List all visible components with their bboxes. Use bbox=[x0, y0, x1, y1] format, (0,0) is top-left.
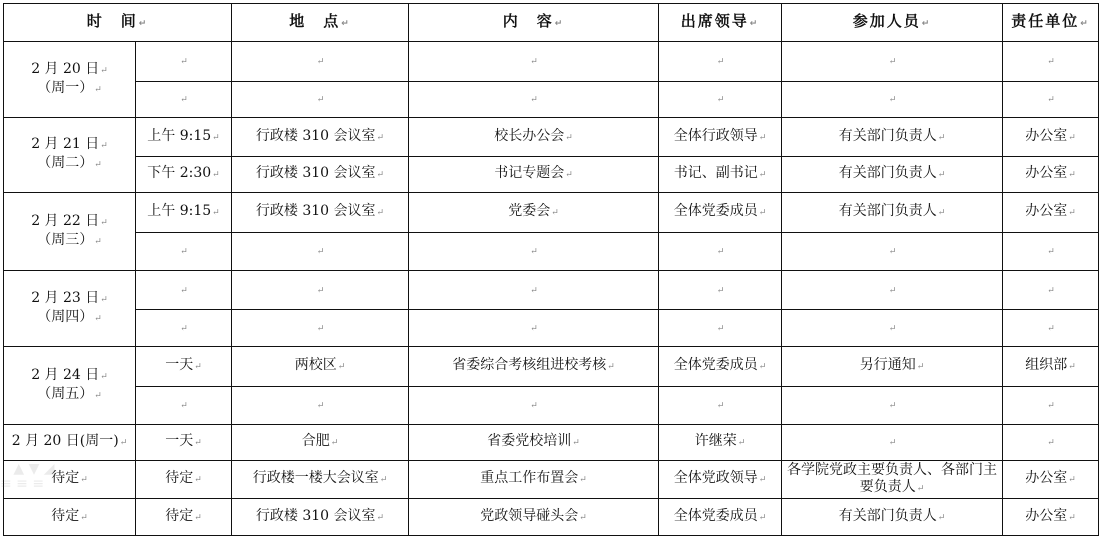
header-leader: 出席领导↵ bbox=[659, 4, 782, 42]
date-cell[interactable]: 待定↵ bbox=[4, 461, 136, 499]
paragraph-mark-icon: ↵ bbox=[194, 438, 202, 448]
leader-cell[interactable]: 全体党委成员↵ bbox=[659, 499, 782, 536]
content-cell-text: 重点工作布置会 bbox=[480, 470, 578, 486]
header-unit: 责任单位↵ bbox=[1003, 4, 1099, 42]
paragraph-mark-icon: ↵ bbox=[317, 401, 325, 411]
date-cell[interactable]: 待定↵ bbox=[4, 499, 136, 536]
paragraph-mark-icon: ↵ bbox=[331, 438, 339, 448]
paragraph-mark-icon: ↵ bbox=[938, 133, 946, 143]
paragraph-mark-icon: ↵ bbox=[565, 170, 573, 180]
paragraph-mark-icon: ↵ bbox=[194, 513, 202, 523]
attendees-cell-text: 有关部门负责人 bbox=[839, 203, 937, 219]
unit-cell-text: 办公室 bbox=[1025, 470, 1067, 486]
date-cell[interactable]: 2 月 24 日↵（周五）↵ bbox=[4, 347, 136, 425]
time-cell[interactable]: ↵ bbox=[136, 310, 232, 347]
attendees-cell[interactable]: ↵ bbox=[782, 310, 1003, 347]
date-cell[interactable]: 2 月 23 日↵（周四）↵ bbox=[4, 271, 136, 347]
schedule-row: 2 月 24 日↵（周五）↵一天↵两校区↵省委综合考核组进校考核↵全体党委成员↵… bbox=[4, 347, 1099, 387]
paragraph-mark-icon: ↵ bbox=[194, 362, 202, 372]
paragraph-mark-icon: ↵ bbox=[938, 513, 946, 523]
paragraph-mark-icon: ↵ bbox=[530, 95, 538, 105]
leader-cell[interactable]: 全体行政领导↵ bbox=[659, 118, 782, 157]
attendees-cell-text: 各学院党政主要负责人、各部门主要负责人 bbox=[787, 462, 997, 495]
leader-cell[interactable]: 全体党委成员↵ bbox=[659, 347, 782, 387]
weekday-text: （周五）↵ bbox=[4, 386, 135, 405]
paragraph-mark-icon: ↵ bbox=[180, 247, 188, 257]
date-text: 2 月 21 日↵ bbox=[4, 136, 135, 155]
paragraph-mark-icon: ↵ bbox=[889, 95, 897, 105]
schedule-row: 2 月 20 日(周一)↵一天↵合肥↵省委党校培训↵许继荣↵↵↵ bbox=[4, 425, 1099, 461]
location-cell-text: 行政楼 310 会议室 bbox=[256, 508, 376, 524]
location-cell[interactable]: ↵ bbox=[232, 82, 409, 118]
schedule-row: 2 月 23 日↵（周四）↵↵↵↵↵↵↵ bbox=[4, 271, 1099, 310]
leader-cell[interactable]: ↵ bbox=[659, 82, 782, 118]
paragraph-mark-icon: ↵ bbox=[1068, 208, 1076, 218]
date-cell[interactable]: 2 月 21 日↵（周二）↵ bbox=[4, 118, 136, 193]
paragraph-mark-icon: ↵ bbox=[717, 247, 725, 257]
location-cell[interactable]: ↵ bbox=[232, 271, 409, 310]
paragraph-mark-icon: ↵ bbox=[889, 286, 897, 296]
leader-cell-text: 全体行政领导 bbox=[674, 128, 758, 144]
paragraph-mark-icon: ↵ bbox=[565, 133, 573, 143]
paragraph-mark-icon: ↵ bbox=[579, 513, 587, 523]
attendees-cell-text: 有关部门负责人 bbox=[839, 128, 937, 144]
paragraph-mark-icon: ↵ bbox=[717, 57, 725, 67]
paragraph-mark-icon: ↵ bbox=[889, 438, 897, 448]
time-cell-text: 待定 bbox=[165, 470, 193, 486]
paragraph-mark-icon: ↵ bbox=[120, 438, 128, 448]
time-cell[interactable]: ↵ bbox=[136, 271, 232, 310]
paragraph-mark-icon: ↵ bbox=[759, 133, 767, 143]
paragraph-mark-icon: ↵ bbox=[938, 170, 946, 180]
time-cell[interactable]: 一天↵ bbox=[136, 425, 232, 461]
unit-cell[interactable]: ↵ bbox=[1003, 82, 1099, 118]
unit-cell[interactable]: 组织部↵ bbox=[1003, 347, 1099, 387]
content-cell[interactable]: 书记专题会↵ bbox=[409, 157, 659, 193]
paragraph-mark-icon: ↵ bbox=[607, 362, 615, 372]
paragraph-mark-icon: ↵ bbox=[759, 513, 767, 523]
attendees-cell[interactable]: 有关部门负责人↵ bbox=[782, 193, 1003, 233]
paragraph-mark-icon: ↵ bbox=[572, 438, 580, 448]
paragraph-mark-icon: ↵ bbox=[180, 95, 188, 105]
attendees-cell-text: 另行通知 bbox=[860, 357, 916, 373]
attendees-cell[interactable]: ↵ bbox=[782, 42, 1003, 82]
weekday-text: （周四）↵ bbox=[4, 309, 135, 328]
schedule-row: 待定↵待定↵行政楼一楼大会议室↵重点工作布置会↵全体党政领导↵各学院党政主要负责… bbox=[4, 461, 1099, 499]
paragraph-mark-icon: ↵ bbox=[1047, 286, 1055, 296]
attendees-cell[interactable]: 各学院党政主要负责人、各部门主要负责人↵ bbox=[782, 461, 1003, 499]
content-cell-text: 省委党校培训 bbox=[487, 433, 571, 449]
attendees-cell-text: 有关部门负责人 bbox=[839, 508, 937, 524]
content-cell[interactable]: ↵ bbox=[409, 387, 659, 425]
location-cell-text: 合肥 bbox=[302, 433, 330, 449]
unit-cell[interactable]: 办公室↵ bbox=[1003, 118, 1099, 157]
unit-cell[interactable]: ↵ bbox=[1003, 310, 1099, 347]
header-attendees: 参加人员↵ bbox=[782, 4, 1003, 42]
location-cell[interactable]: 行政楼 310 会议室↵ bbox=[232, 157, 409, 193]
attendees-cell[interactable]: 有关部门负责人↵ bbox=[782, 499, 1003, 536]
paragraph-mark-icon: ↵ bbox=[1047, 247, 1055, 257]
time-cell[interactable]: ↵ bbox=[136, 42, 232, 82]
leader-cell[interactable]: 全体党委成员↵ bbox=[659, 193, 782, 233]
paragraph-mark-icon: ↵ bbox=[530, 324, 538, 334]
paragraph-mark-icon: ↵ bbox=[717, 401, 725, 411]
unit-cell[interactable]: 办公室↵ bbox=[1003, 499, 1099, 536]
paragraph-mark-icon: ↵ bbox=[194, 475, 202, 485]
paragraph-mark-icon: ↵ bbox=[759, 208, 767, 218]
content-cell[interactable]: 省委综合考核组进校考核↵ bbox=[409, 347, 659, 387]
date-cell-text: 待定 bbox=[51, 508, 79, 524]
paragraph-mark-icon: ↵ bbox=[889, 247, 897, 257]
paragraph-mark-icon: ↵ bbox=[759, 475, 767, 485]
content-cell-text: 书记专题会 bbox=[494, 165, 564, 181]
content-cell[interactable]: 省委党校培训↵ bbox=[409, 425, 659, 461]
location-cell[interactable]: ↵ bbox=[232, 310, 409, 347]
location-cell-text: 行政楼 310 会议室 bbox=[256, 203, 376, 219]
content-cell[interactable]: ↵ bbox=[409, 233, 659, 271]
leader-cell[interactable]: 书记、副书记↵ bbox=[659, 157, 782, 193]
time-cell[interactable]: 上午 9:15↵ bbox=[136, 118, 232, 157]
date-text: 2 月 20 日↵ bbox=[4, 61, 135, 80]
paragraph-mark-icon: ↵ bbox=[717, 95, 725, 105]
location-cell-text: 行政楼一楼大会议室 bbox=[253, 470, 379, 486]
paragraph-mark-icon: ↵ bbox=[717, 286, 725, 296]
schedule-row: ↵↵↵↵↵↵ bbox=[4, 387, 1099, 425]
paragraph-mark-icon: ↵ bbox=[317, 95, 325, 105]
paragraph-mark-icon: ↵ bbox=[1068, 475, 1076, 485]
schedule-row: 下午 2:30↵行政楼 310 会议室↵书记专题会↵书记、副书记↵有关部门负责人… bbox=[4, 157, 1099, 193]
paragraph-mark-icon: ↵ bbox=[180, 286, 188, 296]
date-cell-text: 待定 bbox=[51, 470, 79, 486]
paragraph-mark-icon: ↵ bbox=[889, 57, 897, 67]
time-cell[interactable]: 一天↵ bbox=[136, 347, 232, 387]
schedule-row: 待定↵待定↵行政楼 310 会议室↵党政领导碰头会↵全体党委成员↵有关部门负责人… bbox=[4, 499, 1099, 536]
paragraph-mark-icon: ↵ bbox=[917, 362, 925, 372]
header-time: 时 间↵ bbox=[4, 4, 232, 42]
schedule-row: 2 月 21 日↵（周二）↵上午 9:15↵行政楼 310 会议室↵校长办公会↵… bbox=[4, 118, 1099, 157]
content-cell-text: 党委会 bbox=[508, 203, 550, 219]
paragraph-mark-icon: ↵ bbox=[80, 475, 88, 485]
time-cell[interactable]: 待定↵ bbox=[136, 461, 232, 499]
location-cell[interactable]: 行政楼一楼大会议室↵ bbox=[232, 461, 409, 499]
attendees-cell[interactable]: ↵ bbox=[782, 233, 1003, 271]
leader-cell[interactable]: 全体党政领导↵ bbox=[659, 461, 782, 499]
leader-cell[interactable]: ↵ bbox=[659, 42, 782, 82]
unit-cell-text: 办公室 bbox=[1025, 203, 1067, 219]
paragraph-mark-icon: ↵ bbox=[212, 133, 220, 143]
unit-cell[interactable]: 办公室↵ bbox=[1003, 157, 1099, 193]
unit-cell-text: 办公室 bbox=[1025, 508, 1067, 524]
weekday-text: （周一）↵ bbox=[4, 80, 135, 99]
paragraph-mark-icon: ↵ bbox=[889, 324, 897, 334]
schedule-row: 2 月 20 日↵（周一）↵↵↵↵↵↵↵ bbox=[4, 42, 1099, 82]
paragraph-mark-icon: ↵ bbox=[1047, 401, 1055, 411]
content-cell[interactable]: 党委会↵ bbox=[409, 193, 659, 233]
paragraph-mark-icon: ↵ bbox=[1047, 95, 1055, 105]
time-cell[interactable]: ↵ bbox=[136, 82, 232, 118]
paragraph-mark-icon: ↵ bbox=[180, 401, 188, 411]
weekday-text: （周二）↵ bbox=[4, 155, 135, 174]
time-cell-text: 一天 bbox=[165, 357, 193, 373]
location-cell[interactable]: 行政楼 310 会议室↵ bbox=[232, 193, 409, 233]
content-cell[interactable]: ↵ bbox=[409, 82, 659, 118]
paragraph-mark-icon: ↵ bbox=[579, 475, 587, 485]
location-cell[interactable]: 行政楼 310 会议室↵ bbox=[232, 118, 409, 157]
location-cell-text: 行政楼 310 会议室 bbox=[256, 165, 376, 181]
attendees-cell-text: 有关部门负责人 bbox=[839, 165, 937, 181]
paragraph-mark-icon: ↵ bbox=[1068, 362, 1076, 372]
attendees-cell[interactable]: ↵ bbox=[782, 387, 1003, 425]
paragraph-mark-icon: ↵ bbox=[530, 57, 538, 67]
leader-cell[interactable]: ↵ bbox=[659, 387, 782, 425]
content-cell-text: 党政领导碰头会 bbox=[480, 508, 578, 524]
unit-cell-text: 组织部 bbox=[1025, 357, 1067, 373]
attendees-cell[interactable]: 有关部门负责人↵ bbox=[782, 157, 1003, 193]
paragraph-mark-icon: ↵ bbox=[317, 57, 325, 67]
time-cell-text: 下午 2:30 bbox=[147, 165, 211, 181]
date-text: 2 月 23 日↵ bbox=[4, 290, 135, 309]
unit-cell[interactable]: 办公室↵ bbox=[1003, 461, 1099, 499]
date-cell[interactable]: 2 月 22 日↵（周三）↵ bbox=[4, 193, 136, 271]
paragraph-mark-icon: ↵ bbox=[317, 286, 325, 296]
schedule-row: ↵↵↵↵↵↵ bbox=[4, 310, 1099, 347]
unit-cell[interactable]: ↵ bbox=[1003, 42, 1099, 82]
date-text: 2 月 22 日↵ bbox=[4, 213, 135, 232]
date-text: 2 月 24 日↵ bbox=[4, 367, 135, 386]
attendees-cell[interactable]: 有关部门负责人↵ bbox=[782, 118, 1003, 157]
content-cell[interactable]: ↵ bbox=[409, 310, 659, 347]
meeting-schedule-table: 时 间↵ 地 点↵ 内 容↵ 出席领导↵ 参加人员↵ 责任单位↵ 2 月 20 … bbox=[3, 3, 1099, 536]
leader-cell[interactable]: 许继荣↵ bbox=[659, 425, 782, 461]
paragraph-mark-icon: ↵ bbox=[377, 513, 385, 523]
schedule-row: 2 月 22 日↵（周三）↵上午 9:15↵行政楼 310 会议室↵党委会↵全体… bbox=[4, 193, 1099, 233]
paragraph-mark-icon: ↵ bbox=[1047, 324, 1055, 334]
leader-cell[interactable]: ↵ bbox=[659, 310, 782, 347]
paragraph-mark-icon: ↵ bbox=[530, 286, 538, 296]
location-cell[interactable]: 两校区↵ bbox=[232, 347, 409, 387]
leader-cell-text: 全体党政领导 bbox=[674, 470, 758, 486]
unit-cell[interactable]: ↵ bbox=[1003, 425, 1099, 461]
unit-cell[interactable]: ↵ bbox=[1003, 233, 1099, 271]
schedule-row: ↵↵↵↵↵↵ bbox=[4, 233, 1099, 271]
location-cell[interactable]: ↵ bbox=[232, 387, 409, 425]
unit-cell-text: 办公室 bbox=[1025, 165, 1067, 181]
leader-cell-text: 全体党委成员 bbox=[674, 203, 758, 219]
time-cell[interactable]: 待定↵ bbox=[136, 499, 232, 536]
paragraph-mark-icon: ↵ bbox=[377, 208, 385, 218]
time-cell-text: 上午 9:15 bbox=[147, 203, 211, 219]
date-cell-text: 2 月 20 日(周一) bbox=[12, 433, 119, 449]
content-cell[interactable]: ↵ bbox=[409, 42, 659, 82]
header-row: 时 间↵ 地 点↵ 内 容↵ 出席领导↵ 参加人员↵ 责任单位↵ bbox=[4, 4, 1099, 42]
location-cell[interactable]: ↵ bbox=[232, 233, 409, 271]
location-cell[interactable]: 行政楼 310 会议室↵ bbox=[232, 499, 409, 536]
leader-cell[interactable]: ↵ bbox=[659, 233, 782, 271]
location-cell[interactable]: ↵ bbox=[232, 42, 409, 82]
paragraph-mark-icon: ↵ bbox=[759, 362, 767, 372]
paragraph-mark-icon: ↵ bbox=[717, 324, 725, 334]
paragraph-mark-icon: ↵ bbox=[212, 208, 220, 218]
attendees-cell[interactable]: 另行通知↵ bbox=[782, 347, 1003, 387]
time-cell[interactable]: 下午 2:30↵ bbox=[136, 157, 232, 193]
unit-cell[interactable]: ↵ bbox=[1003, 387, 1099, 425]
content-cell[interactable]: 党政领导碰头会↵ bbox=[409, 499, 659, 536]
weekday-text: （周三）↵ bbox=[4, 232, 135, 251]
header-location: 地 点↵ bbox=[232, 4, 409, 42]
paragraph-mark-icon: ↵ bbox=[80, 513, 88, 523]
time-cell[interactable]: ↵ bbox=[136, 387, 232, 425]
attendees-cell[interactable]: ↵ bbox=[782, 271, 1003, 310]
paragraph-mark-icon: ↵ bbox=[938, 208, 946, 218]
leader-cell-text: 全体党委成员 bbox=[674, 357, 758, 373]
paragraph-mark-icon: ↵ bbox=[530, 401, 538, 411]
paragraph-mark-icon: ↵ bbox=[1068, 133, 1076, 143]
paragraph-mark-icon: ↵ bbox=[759, 170, 767, 180]
time-cell-text: 待定 bbox=[165, 508, 193, 524]
time-cell[interactable]: 上午 9:15↵ bbox=[136, 193, 232, 233]
paragraph-mark-icon: ↵ bbox=[317, 324, 325, 334]
date-cell[interactable]: 2 月 20 日(周一)↵ bbox=[4, 425, 136, 461]
unit-cell[interactable]: 办公室↵ bbox=[1003, 193, 1099, 233]
location-cell-text: 两校区 bbox=[295, 357, 337, 373]
paragraph-mark-icon: ↵ bbox=[1068, 513, 1076, 523]
content-cell[interactable]: ↵ bbox=[409, 271, 659, 310]
location-cell-text: 行政楼 310 会议室 bbox=[256, 128, 376, 144]
content-cell[interactable]: 校长办公会↵ bbox=[409, 118, 659, 157]
schedule-row: ↵↵↵↵↵↵ bbox=[4, 82, 1099, 118]
content-cell-text: 校长办公会 bbox=[494, 128, 564, 144]
paragraph-mark-icon: ↵ bbox=[380, 475, 388, 485]
paragraph-mark-icon: ↵ bbox=[551, 208, 559, 218]
paragraph-mark-icon: ↵ bbox=[889, 401, 897, 411]
paragraph-mark-icon: ↵ bbox=[377, 170, 385, 180]
leader-cell-text: 全体党委成员 bbox=[674, 508, 758, 524]
leader-cell-text: 书记、副书记 bbox=[674, 165, 758, 181]
paragraph-mark-icon: ↵ bbox=[180, 324, 188, 334]
paragraph-mark-icon: ↵ bbox=[1068, 170, 1076, 180]
paragraph-mark-icon: ↵ bbox=[738, 438, 746, 448]
unit-cell-text: 办公室 bbox=[1025, 128, 1067, 144]
location-cell[interactable]: 合肥↵ bbox=[232, 425, 409, 461]
paragraph-mark-icon: ↵ bbox=[377, 133, 385, 143]
leader-cell[interactable]: ↵ bbox=[659, 271, 782, 310]
paragraph-mark-icon: ↵ bbox=[530, 247, 538, 257]
paragraph-mark-icon: ↵ bbox=[1047, 57, 1055, 67]
date-cell[interactable]: 2 月 20 日↵（周一）↵ bbox=[4, 42, 136, 118]
leader-cell-text: 许继荣 bbox=[695, 433, 737, 449]
unit-cell[interactable]: ↵ bbox=[1003, 271, 1099, 310]
paragraph-mark-icon: ↵ bbox=[338, 362, 346, 372]
content-cell-text: 省委综合考核组进校考核 bbox=[452, 357, 606, 373]
paragraph-mark-icon: ↵ bbox=[180, 57, 188, 67]
header-content: 内 容↵ bbox=[409, 4, 659, 42]
paragraph-mark-icon: ↵ bbox=[317, 247, 325, 257]
time-cell[interactable]: ↵ bbox=[136, 233, 232, 271]
time-cell-text: 一天 bbox=[165, 433, 193, 449]
attendees-cell[interactable]: ↵ bbox=[782, 82, 1003, 118]
paragraph-mark-icon: ↵ bbox=[212, 170, 220, 180]
time-cell-text: 上午 9:15 bbox=[147, 128, 211, 144]
paragraph-mark-icon: ↵ bbox=[1047, 438, 1055, 448]
attendees-cell[interactable]: ↵ bbox=[782, 425, 1003, 461]
paragraph-mark-icon: ↵ bbox=[917, 484, 925, 494]
content-cell[interactable]: 重点工作布置会↵ bbox=[409, 461, 659, 499]
